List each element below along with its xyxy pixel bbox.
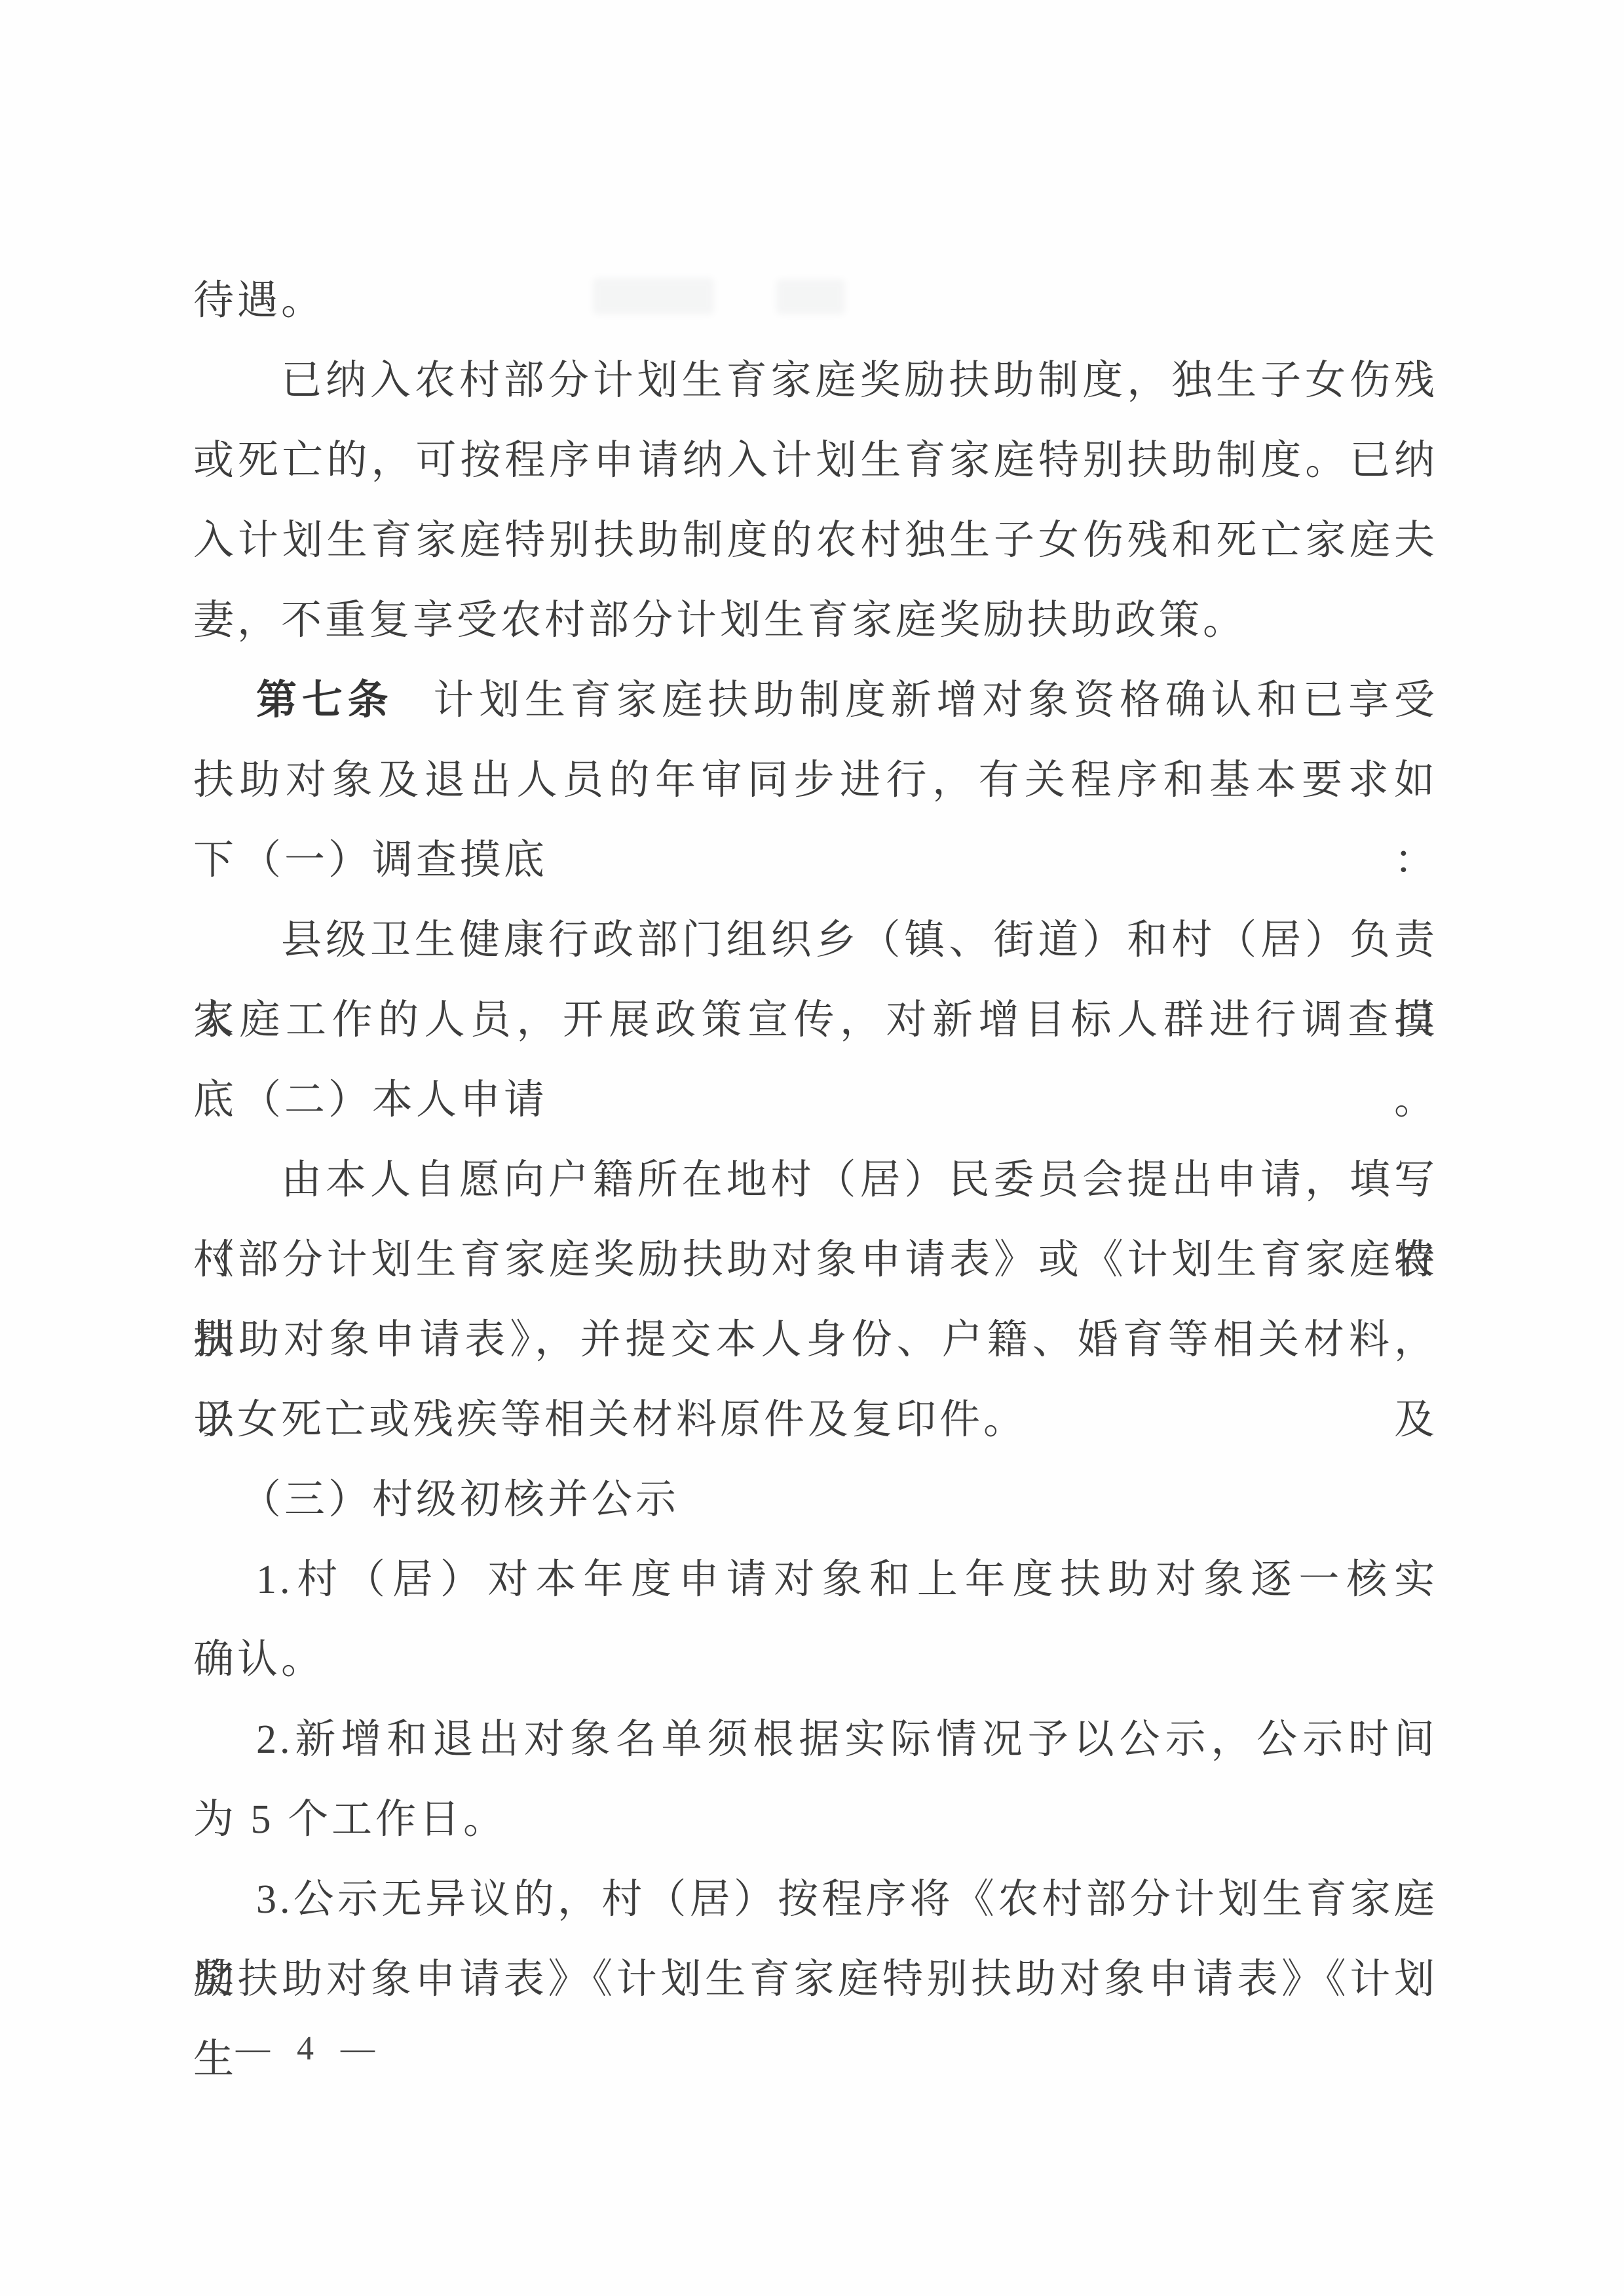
text-line: 扶助对象及退出人员的年审同步进行，有关程序和基本要求如下： xyxy=(193,740,1438,820)
article-number: 第七条 xyxy=(256,678,394,723)
text-line: 由本人自愿向户籍所在地村（居）民委员会提出申请，填写《农 xyxy=(193,1140,1438,1220)
numbered-item-1-line: 1.村（居）对本年度申请对象和上年度扶助对象逐一核实 xyxy=(193,1540,1438,1620)
text-line: 或死亡的，可按程序申请纳入计划生育家庭特别扶助制度。已纳 xyxy=(193,421,1438,501)
text-line: 确认。 xyxy=(193,1620,1438,1700)
text-line: 县级卫生健康行政部门组织乡（镇、街道）和村（居）负责人口 xyxy=(193,900,1438,980)
numbered-item-2-line: 2.新增和退出对象名单须根据实际情况予以公示，公示时间 xyxy=(193,1700,1438,1780)
subsection-heading-3: （三）村级初核并公示 xyxy=(193,1460,1438,1540)
document-text-block: 待遇。 已纳入农村部分计划生育家庭奖励扶助制度，独生子女伤残 或死亡的，可按程序… xyxy=(193,261,1438,2019)
text-line: 妻，不重复享受农村部分计划生育家庭奖励扶助政策。 xyxy=(193,581,1438,660)
page-number: — 4 — xyxy=(236,2019,384,2078)
text-line: 已纳入农村部分计划生育家庭奖励扶助制度，独生子女伤残 xyxy=(193,341,1438,421)
text-line: 为 5 个工作日。 xyxy=(193,1780,1438,1860)
article-heading-text: 计划生育家庭扶助制度新增对象资格确认和已享受 xyxy=(432,678,1438,723)
text-line: 家庭工作的人员，开展政策宣传，对新增目标人群进行调查摸底。 xyxy=(193,980,1438,1060)
text-line: 励扶助对象申请表》《计划生育家庭特别扶助对象申请表》《计划生 xyxy=(193,1940,1438,2019)
scanned-document-page: 待遇。 已纳入农村部分计划生育家庭奖励扶助制度，独生子女伤残 或死亡的，可按程序… xyxy=(0,0,1624,2296)
text-line: 待遇。 xyxy=(193,261,1438,341)
text-line: 扶助对象申请表》，并提交本人身份、户籍、婚育等相关材料，以及 xyxy=(193,1300,1438,1380)
numbered-item-3-line: 3.公示无异议的，村（居）按程序将《农村部分计划生育家庭奖 xyxy=(193,1860,1438,1940)
text-line: 入计划生育家庭特别扶助制度的农村独生子女伤残和死亡家庭夫 xyxy=(193,501,1438,581)
article-7-heading-line: 第七条计划生育家庭扶助制度新增对象资格确认和已享受 xyxy=(193,660,1438,740)
text-line: 村部分计划生育家庭奖励扶助对象申请表》或《计划生育家庭特别 xyxy=(193,1220,1438,1300)
